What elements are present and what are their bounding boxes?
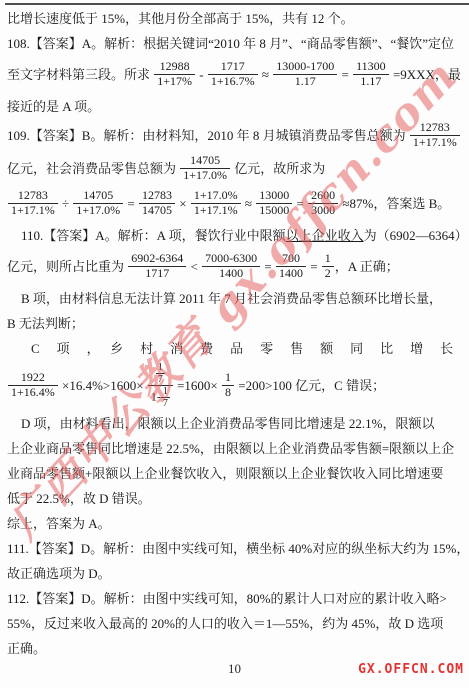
- document-page: 比增长速度低于 15%，其他月份全部高于 15%，共有 12 个。108.【答案…: [0, 0, 469, 688]
- fraction-numerator: 13000: [256, 189, 292, 203]
- fraction-denominator: 1+17.1%: [191, 204, 241, 217]
- fraction-denominator: 14705: [139, 204, 175, 217]
- text-run: =: [307, 259, 321, 274]
- fraction-denominator: 1717: [128, 267, 186, 280]
- fraction: 17171+16.7%: [208, 60, 258, 87]
- answer-109-line-2: 亿元，社会消费品零售总额为 147051+17.0% 亿元，故所求为: [7, 152, 463, 185]
- answer-109-line-1: 109.【答案】B。解析：由材料知，2010 年 8 月城镇消费品零售总额为 1…: [7, 119, 463, 152]
- fraction-denominator: 8: [222, 386, 234, 399]
- fraction-numerator: 1: [322, 252, 334, 266]
- fraction-numerator: 12783: [139, 189, 175, 203]
- text-run: B 项，由材料信息无法计算 2011 年 7 月社会消费品零售总额环比增长量，: [21, 291, 442, 306]
- fraction: 17: [156, 362, 165, 385]
- fraction-numerator: 1: [161, 386, 170, 398]
- fraction: 147051+17.0%: [180, 154, 230, 181]
- text-run: ×: [176, 196, 190, 211]
- text-run: =9XXX，最: [390, 67, 461, 82]
- text-run: =1600×: [174, 378, 221, 393]
- text-run: 109.【答案】B。解析：由材料知，2010 年 8 月城镇消费品零售总额为: [7, 128, 409, 143]
- para-107-overflow: 比增长速度低于 15%，其他月份全部高于 15%，共有 12 个。: [7, 6, 463, 31]
- fraction-denominator: 1+17.1%: [8, 204, 58, 217]
- text-run: B 无法判断；: [7, 316, 84, 331]
- text-run: 108.【答案】A。解析：根据关键词“2010 年 8 月”、“商品零售额”、“…: [7, 36, 454, 51]
- text-run: D 项，由材料看出，限额以上企业消费品零售同比增速是 22.1%，限额以: [21, 416, 434, 431]
- text-run: 上企业商品零售同比增速是 22.5%，由限额以上企业消费品零售额=限额以上企: [7, 441, 454, 456]
- text-run: 比增长速度低于 15%，其他月份全部高于 15%，共有 12 个。: [7, 11, 354, 26]
- text-run: <: [187, 259, 201, 274]
- answer-110-line-C1: C 项 ， 乡 村 消 费 品 零 售 额 同 比 增 长: [7, 336, 463, 361]
- fraction-numerator: 14705: [73, 189, 123, 203]
- fraction-denominator: 1400: [276, 267, 306, 280]
- text-run: 亿元，社会消费品零售总额为: [7, 161, 179, 176]
- text-run: 1-: [151, 389, 161, 403]
- text-run: ≈: [259, 67, 273, 82]
- answer-108-formula-line: 至文字材料第三段。所求 129881+17% - 17171+16.7% ≈ 1…: [7, 56, 463, 94]
- text-run: C 项 ， 乡 村 消 费 品 零 售 额 同 比 增 长: [31, 341, 455, 356]
- fraction: 17: [161, 386, 170, 409]
- fraction-numerator: 2600: [308, 189, 338, 203]
- text-run: =: [293, 196, 307, 211]
- answer-110-conclusion: 综上，答案为 A。: [7, 511, 463, 536]
- text-run: =: [124, 196, 138, 211]
- fraction-numerator: 700: [276, 252, 306, 266]
- text-run: ≈87%，答案选 B。: [339, 196, 450, 211]
- answer-110-line-B1: B 项，由材料信息无法计算 2011 年 7 月社会消费品零售总额环比增长量，: [7, 286, 463, 311]
- fraction-numerator: 12783: [410, 121, 460, 135]
- fraction-numerator: 1: [156, 362, 165, 374]
- text-run: =: [261, 259, 275, 274]
- fraction-denominator: 3000: [308, 204, 338, 217]
- compound-fraction: 171-17: [148, 362, 173, 409]
- answer-108-line-3: 接近的是 A 项。: [7, 94, 463, 119]
- answer-110-formula-A: 亿元，则所占比重为 6902-63641717 < 7000-63001400 …: [7, 248, 463, 286]
- fraction: 147051+17.0%: [73, 189, 123, 216]
- fraction-numerator: 1+17.0%: [191, 189, 241, 203]
- fraction-denominator: 1+17.1%: [410, 136, 460, 149]
- text-run: 故正确选项为 D。: [7, 566, 111, 581]
- fraction: 26003000: [308, 189, 338, 216]
- fraction-numerator: 1922: [8, 371, 58, 385]
- fraction-denominator: 1400: [202, 267, 260, 280]
- fraction-numerator: 14705: [180, 154, 230, 168]
- fraction-numerator: 17: [148, 362, 173, 386]
- fraction-denominator: 1.17: [273, 75, 337, 88]
- fraction-denominator: 1+17.0%: [73, 204, 123, 217]
- text-run: =200>100 亿元，C 错误；: [235, 378, 385, 393]
- answer-110-line-D2: 上企业商品零售同比增速是 22.5%，由限额以上企业消费品零售额=限额以上企: [7, 436, 463, 461]
- text-run: 为（6902—6364）: [364, 228, 468, 243]
- answer-110-line-D1: D 项，由材料看出，限额以上企业消费品零售同比增速是 22.1%，限额以: [7, 411, 463, 436]
- fraction: 18: [222, 371, 234, 398]
- answer-110-line-D4: 低于 22.5%，故 D 错误。: [7, 486, 463, 511]
- fraction: 12: [322, 252, 334, 279]
- text-run: 低于 22.5%，故 D 错误。: [7, 491, 151, 506]
- fraction-denominator: 1+16.7%: [208, 75, 258, 88]
- text-run: 亿元，则所占比重为: [7, 259, 127, 274]
- fraction-denominator: 2: [322, 267, 334, 280]
- fraction: 1300015000: [256, 189, 292, 216]
- fraction-numerator: 11300: [353, 60, 389, 74]
- answer-110-line-D3: 业商品零售额+限额以上企业餐饮收入，则限额以上企业餐饮收入同比增速要: [7, 461, 463, 486]
- answer-110-formula-C: 19221+16.4% ×16.4%>1600× 171-17 =1600× 1…: [7, 361, 463, 411]
- text-run: ≈: [242, 196, 256, 211]
- fraction: 1278314705: [139, 189, 175, 216]
- fraction-numerator: 6902-6364: [128, 252, 186, 266]
- answer-110-line-B2: B 无法判断；: [7, 311, 463, 336]
- answer-109-formula-line: 127831+17.1% ÷ 147051+17.0% = 1278314705…: [7, 185, 463, 223]
- answer-112-line-1: 112.【答案】D。解析：由图中实线可知，80%的累计人口对应的累计收入略>: [7, 586, 463, 611]
- fraction-denominator: 15000: [256, 204, 292, 217]
- page-top-border: [5, 3, 469, 5]
- fraction: 127831+17.1%: [410, 121, 460, 148]
- fraction: 6902-63641717: [128, 252, 186, 279]
- fraction-numerator: 1717: [208, 60, 258, 74]
- text-run: 112.【答案】D。解析：由图中实线可知，80%的累计人口对应的累计收入略>: [7, 591, 447, 606]
- fraction-denominator: 1.17: [353, 75, 389, 88]
- fraction-denominator: 7: [161, 398, 170, 409]
- fraction: 127831+17.1%: [8, 189, 58, 216]
- fraction: 7001400: [276, 252, 306, 279]
- fraction-numerator: 7000-6300: [202, 252, 260, 266]
- answer-111-line-2: 故正确选项为 D。: [7, 561, 463, 586]
- site-logo: GX.OFFCN.COM: [358, 662, 464, 677]
- text-run: ÷: [59, 196, 73, 211]
- fraction: 19221+16.4%: [8, 371, 58, 398]
- text-run: ×16.4%>1600×: [59, 378, 147, 393]
- fraction: 1+17.0%1+17.1%: [191, 189, 241, 216]
- document-body: 比增长速度低于 15%，其他月份全部高于 15%，共有 12 个。108.【答案…: [7, 6, 463, 661]
- text-run: -: [196, 67, 207, 82]
- answer-112-line-3: 正确。: [7, 636, 463, 661]
- fraction-denominator: 1-17: [148, 386, 173, 409]
- text-run: 正确。: [7, 641, 46, 656]
- fraction: 7000-63001400: [202, 252, 260, 279]
- underlined-text-run: 以上企业收入: [286, 228, 364, 243]
- fraction-denominator: 7: [156, 374, 165, 385]
- text-run: 110.【答案】A。解析：A 项，餐饮行业中限额: [21, 228, 286, 243]
- text-run: 至文字材料第三段。所求: [7, 67, 153, 82]
- fraction-numerator: 12783: [8, 189, 58, 203]
- fraction: 13000-17001.17: [273, 60, 337, 87]
- text-run: 业商品零售额+限额以上企业餐饮收入，则限额以上企业餐饮收入同比增速要: [7, 466, 443, 481]
- answer-108-line-1: 108.【答案】A。解析：根据关键词“2010 年 8 月”、“商品零售额”、“…: [7, 31, 463, 56]
- text-run: 接近的是 A 项。: [7, 99, 100, 114]
- text-run: 55%，反过来收入最高的 20%的人口的收入＝1—55%，约为 45%，故 D …: [7, 616, 443, 631]
- text-run: =: [338, 67, 352, 82]
- fraction: 113001.17: [353, 60, 389, 87]
- text-run: 综上，答案为 A。: [7, 516, 111, 531]
- fraction-numerator: 12988: [154, 60, 195, 74]
- text-run: 亿元，故所求为: [231, 161, 325, 176]
- fraction-denominator: 1+16.4%: [8, 386, 58, 399]
- answer-110-line-1: 110.【答案】A。解析：A 项，餐饮行业中限额以上企业收入为（6902—636…: [7, 223, 463, 248]
- text-run: 111.【答案】D。解析：由图中实线可知，横坐标 40%对应的纵坐标大约为 15…: [7, 541, 469, 556]
- fraction: 129881+17%: [154, 60, 195, 87]
- fraction-numerator: 13000-1700: [273, 60, 337, 74]
- fraction-numerator: 1: [222, 371, 234, 385]
- fraction-denominator: 1+17.0%: [180, 169, 230, 182]
- fraction-denominator: 1+17%: [154, 75, 195, 88]
- text-run: ，A 正确；: [335, 259, 399, 274]
- answer-111-line-1: 111.【答案】D。解析：由图中实线可知，横坐标 40%对应的纵坐标大约为 15…: [7, 536, 463, 561]
- answer-112-line-2: 55%，反过来收入最高的 20%的人口的收入＝1—55%，约为 45%，故 D …: [7, 611, 463, 636]
